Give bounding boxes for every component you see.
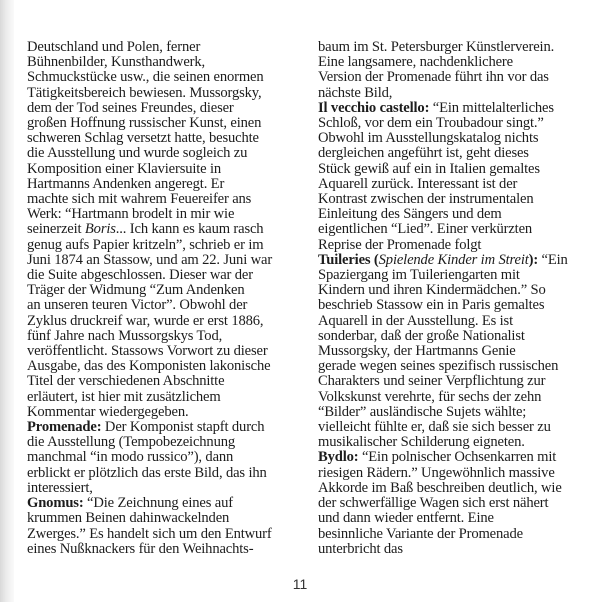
text-line: Tätigkeitsbereich bewiesen. Mussorgsky, (27, 86, 295, 101)
text-line: eines Nußknackers für den Weihnachts- (27, 542, 295, 557)
text-line: die Ausstellung (Tempobezeichnung (27, 435, 295, 450)
text-line: besinnliche Variante der Promenade (318, 527, 590, 542)
text-line: Obwohl im Ausstellungskatalog nichts (318, 131, 590, 146)
text-line: Aquarell zurück. Interessant ist der (318, 177, 590, 192)
text-line: Juni 1874 an Stassow, und am 22. Juni wa… (27, 253, 295, 268)
text-line: Träger der Widmung “Zum Andenken (27, 283, 295, 298)
text-line: Aquarell in der Ausstellung. Es ist (318, 314, 590, 329)
text-line: gerade wegen seines spezifisch russische… (318, 359, 590, 374)
text-line: Schmuckstücke usw., die seinen enormen (27, 70, 295, 85)
text-line: Charakters und seiner Verpflichtung zur (318, 374, 590, 389)
section-gnomus: Gnomus: “Die Zeichnung eines auf (27, 496, 295, 511)
text-run: seinerzeit (27, 221, 85, 237)
text-line: Spaziergang im Tuileriengarten mit (318, 268, 590, 283)
text-line: Mussorgsky, der Hartmanns Genie (318, 344, 590, 359)
text-line: und dann wieder entfernt. Eine (318, 511, 590, 526)
text-line: Stück gewiß auf ein in Italien gemaltes (318, 162, 590, 177)
text-line: Schloß, vor dem ein Troubadour singt.” (318, 116, 590, 131)
text-run: ... Ich kann es kaum rasch (116, 221, 264, 237)
text-line: Zyklus druckreif war, wurde er erst 1886… (27, 314, 295, 329)
text-line: krummen Beinen dahinwackelnden (27, 511, 295, 526)
text-line: an unseren teuren Victor”. Obwohl der (27, 298, 295, 313)
section-heading-tuileries: Tuileries (318, 252, 370, 268)
section-heading-promenade: Promenade: (27, 419, 101, 435)
section-promenade: Promenade: Der Komponist stapft durch (27, 420, 295, 435)
text-run: “Ein polnischer Ochsenkarren mit (358, 449, 556, 465)
text-line: Titel der verschiedenen Abschnitte (27, 374, 295, 389)
text-line: die Ausstellung und wurde sogleich zu (27, 146, 295, 161)
text-line: nächste Bild, (318, 86, 590, 101)
text-line: Zwerges.” Es handelt sich um den Entwurf (27, 527, 295, 542)
right-column: baum im St. Petersburger Künstlerverein.… (318, 40, 590, 557)
section-heading-castello: Il vecchio castello: (318, 100, 429, 116)
text-line: Werk: “Hartmann brodelt in mir wie (27, 207, 295, 222)
section-subtitle-tuileries: Spielende Kinder im Streit (379, 252, 529, 268)
text-run: “Ein (538, 252, 568, 268)
text-line: Deutschland und Polen, ferner (27, 40, 295, 55)
page-spine-shadow (0, 0, 14, 602)
opera-title-boris: Boris (85, 221, 116, 237)
text-line: Volkskunst verehrte, für sechs der zehn (318, 390, 590, 405)
text-line: Kontrast zwischen der instrumentalen (318, 192, 590, 207)
text-line: riesigen Rädern.” Ungewöhnlich massive (318, 466, 590, 481)
text-run: ): (529, 252, 538, 268)
text-line: musikalischer Schilderung eigneten. (318, 435, 590, 450)
text-line: vielleicht fühlte er, daß sie sich besse… (318, 420, 590, 435)
left-column: Deutschland und Polen, ferner Bühnenbild… (27, 40, 295, 557)
section-tuileries: Tuileries (Spielende Kinder im Streit): … (318, 253, 590, 268)
section-heading-gnomus: Gnomus: (27, 495, 84, 511)
text-line: sonderbar, daß der große Nationalist (318, 329, 590, 344)
text-run: ( (370, 252, 378, 268)
text-line: dem der Tod seines Freundes, dieser (27, 101, 295, 116)
text-line: erblickt er plötzlich das erste Bild, da… (27, 466, 295, 481)
section-il-vecchio-castello: Il vecchio castello: “Ein mittelalterlic… (318, 101, 590, 116)
page-number: 11 (0, 576, 600, 592)
text-line: Hartmanns Andenken angeregt. Er (27, 177, 295, 192)
section-bydlo: Bydlo: “Ein polnischer Ochsenkarren mit (318, 450, 590, 465)
text-line: beschrieb Stassow ein in Paris gemaltes (318, 298, 590, 313)
text-line: Einleitung des Sängers und dem (318, 207, 590, 222)
text-line: “Bilder” ausländische Sujets wählte; (318, 405, 590, 420)
text-line: baum im St. Petersburger Künstlerverein. (318, 40, 590, 55)
text-line: Komposition einer Klaviersuite in (27, 162, 295, 177)
text-line: Akkorde im Baß beschreiben deutlich, wie (318, 481, 590, 496)
text-line: eigentlichen “Lied”. Einer verkürzten (318, 222, 590, 237)
text-line: Kommentar wiedergegeben. (27, 405, 295, 420)
text-line: der schwerfällige Wagen sich erst nähert (318, 496, 590, 511)
text-line: Eine langsamere, nachdenklichere (318, 55, 590, 70)
text-line: unterbricht das (318, 542, 590, 557)
text-line: genug aufs Papier kritzeln”, schrieb er … (27, 238, 295, 253)
text-line: schweren Schlag versetzt hatte, besuchte (27, 131, 295, 146)
text-line: großen Hoffnung russischer Kunst, einen (27, 116, 295, 131)
text-run: Der Komponist stapft durch (101, 419, 264, 435)
text-line: fünf Jahre nach Mussorgskys Tod, (27, 329, 295, 344)
text-run: “Ein mittelalterliches (429, 100, 554, 116)
text-line: erläutert, ist hier mit zusätzlichem (27, 390, 295, 405)
text-line: manchmal “in modo russico”), dann (27, 450, 295, 465)
text-line: Ausgabe, das des Komponisten lakonische (27, 359, 295, 374)
text-line: die Suite abgeschlossen. Dieser war der (27, 268, 295, 283)
text-run: “Die Zeichnung eines auf (84, 495, 233, 511)
text-line: machte sich mit wahrem Feuereifer ans (27, 192, 295, 207)
text-line: dergleichen angeführt ist, geht dieses (318, 146, 590, 161)
section-heading-bydlo: Bydlo: (318, 449, 358, 465)
text-line: Version der Promenade führt ihn vor das (318, 70, 590, 85)
text-line: Kindern und ihren Kindermädchen.” So (318, 283, 590, 298)
text-line: veröffentlicht. Stassows Vorwort zu dies… (27, 344, 295, 359)
text-line: Bühnenbilder, Kunsthandwerk, (27, 55, 295, 70)
text-line: Reprise der Promenade folgt (318, 238, 590, 253)
text-line-boris: seinerzeit Boris... Ich kann es kaum ras… (27, 222, 295, 237)
text-line: interessiert, (27, 481, 295, 496)
